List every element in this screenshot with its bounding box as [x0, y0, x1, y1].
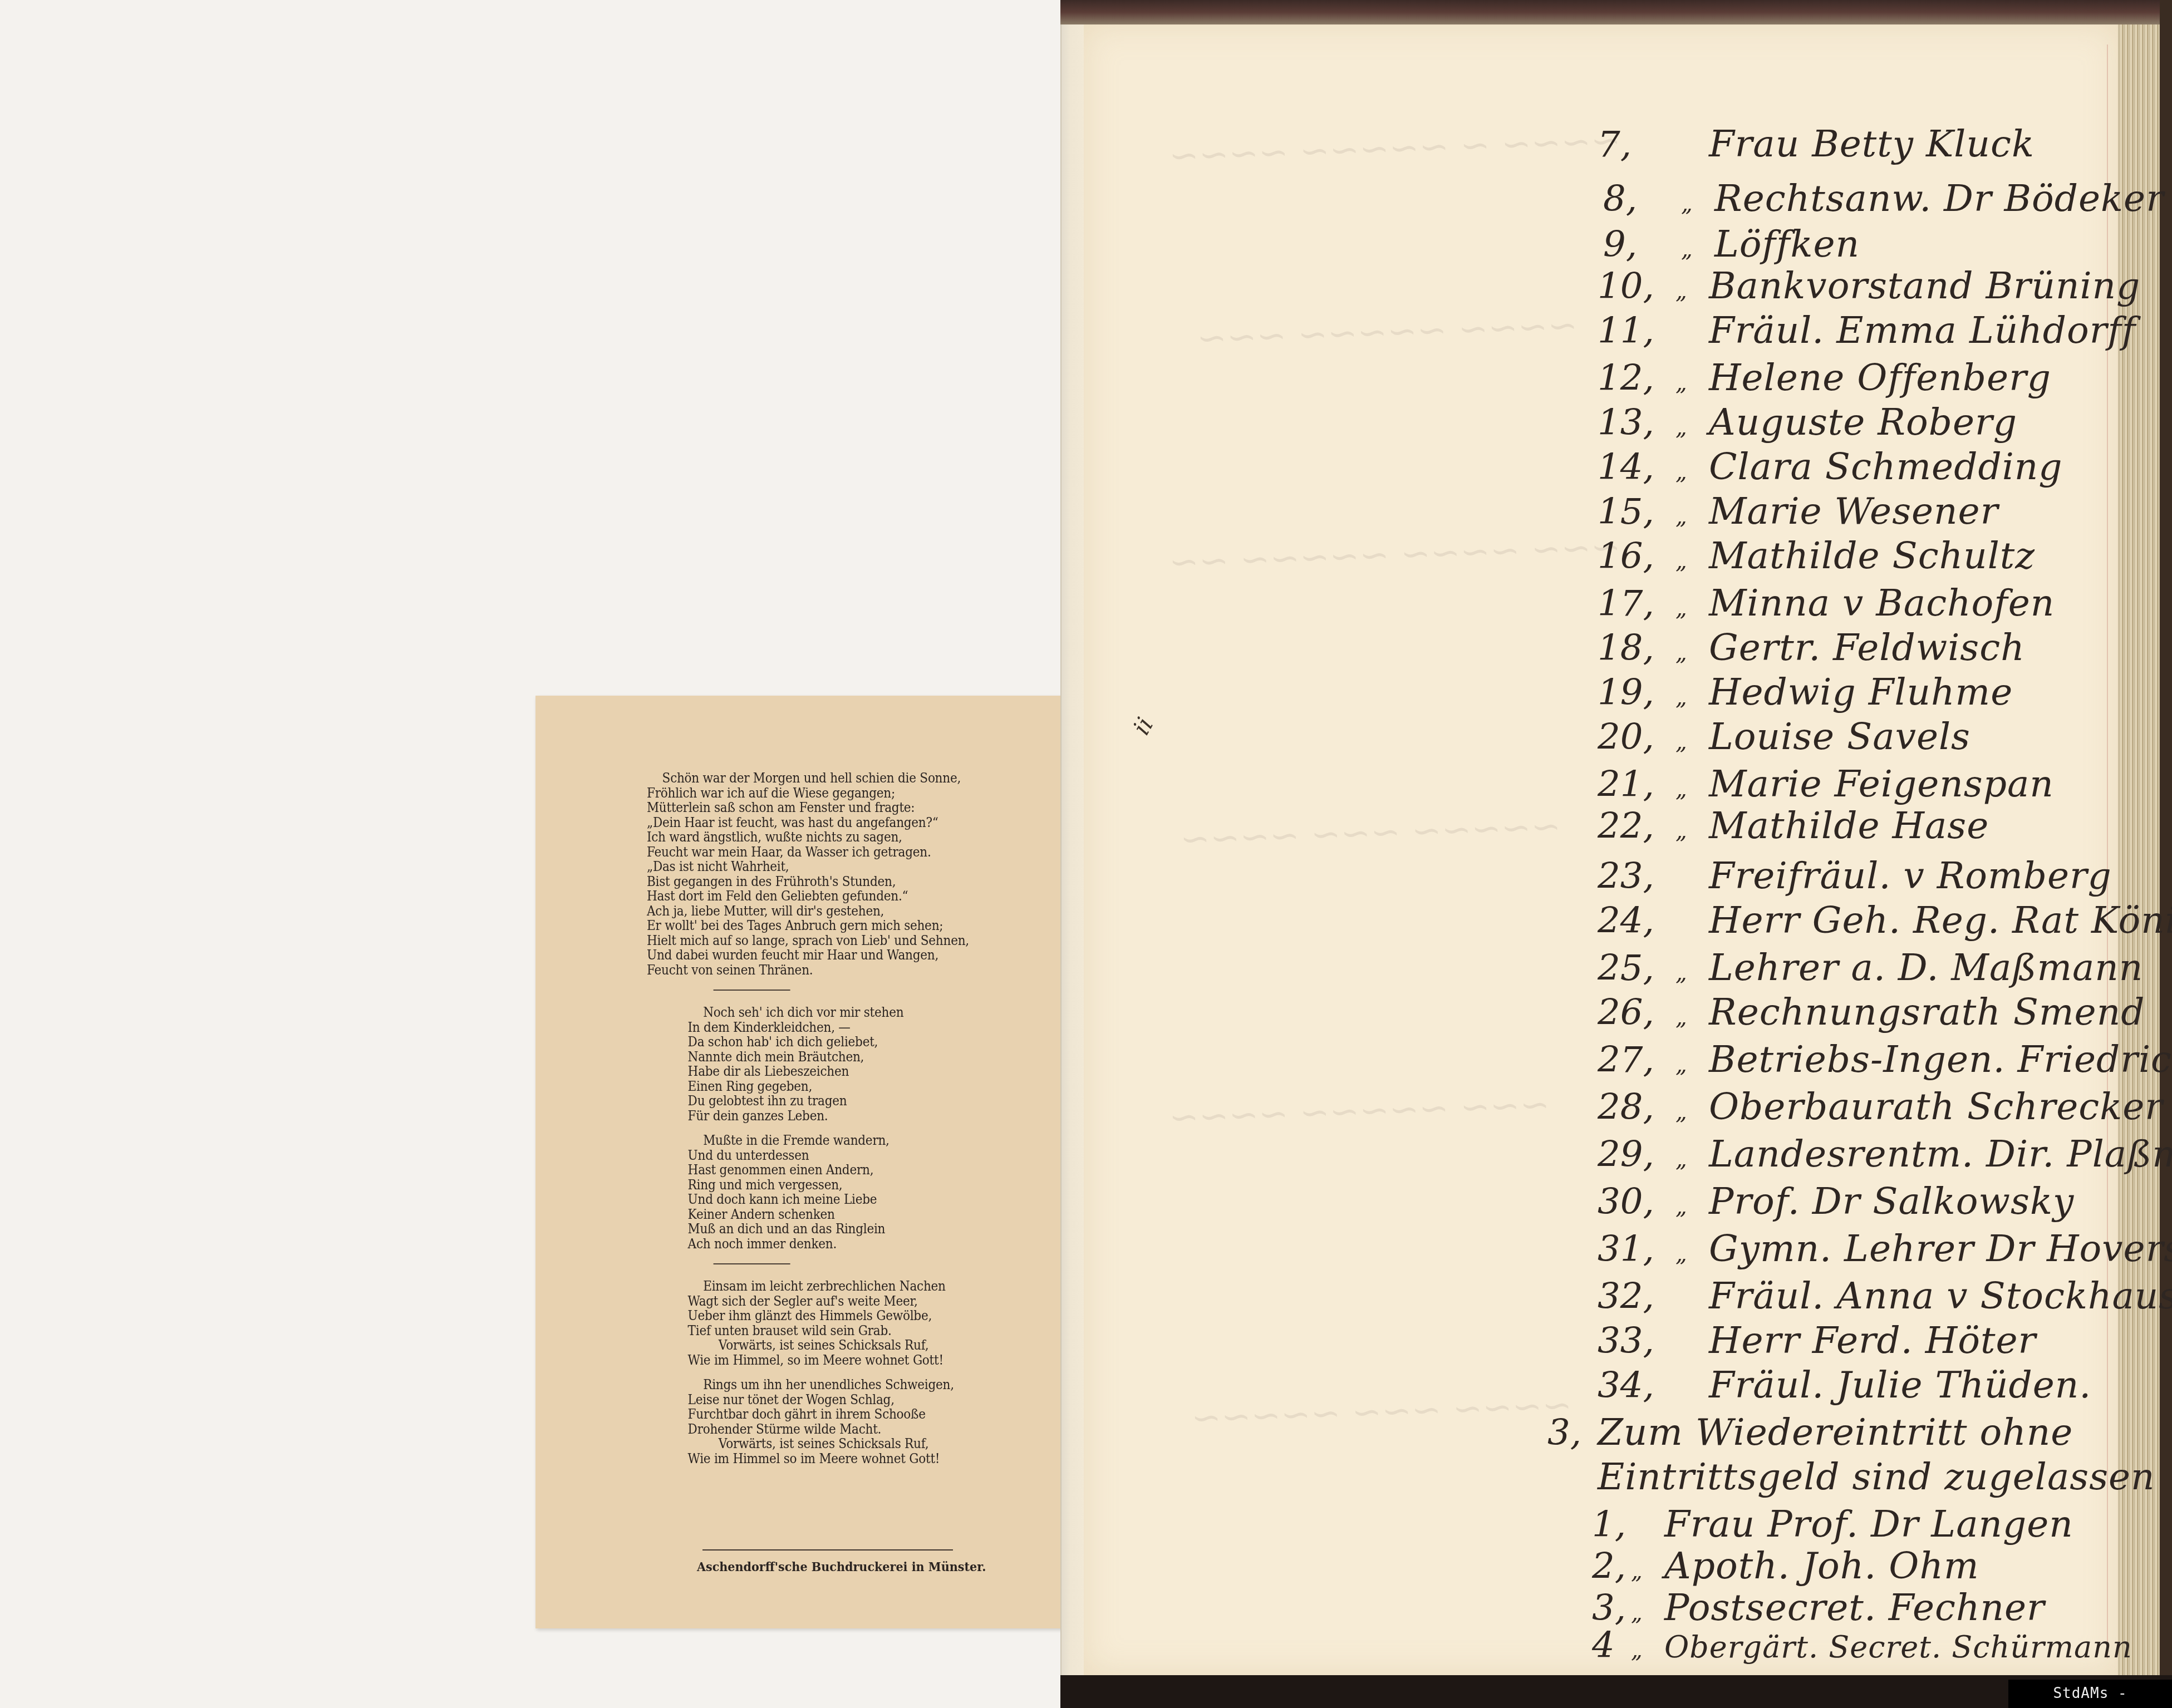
entry-number: 2, [1592, 1546, 1631, 1587]
entry-name: Auguste Roberg [1709, 401, 2017, 444]
entry-name: Marie Feigenspan [1709, 762, 2054, 805]
ditto-mark: „ [1675, 685, 1709, 710]
register-entry: 8,„Rechtsanw. Dr Bödeker [1603, 177, 2164, 220]
entry-number: 14, [1598, 447, 1675, 488]
poem-line: In dem Kinderkleidchen, — [688, 1020, 1005, 1035]
entry-number: 8, [1603, 179, 1681, 220]
register-entry: 16,„Mathilde Schultz [1598, 534, 2035, 577]
poem-line: Mußte in die Fremde wandern, [688, 1133, 1005, 1148]
ditto-mark: „ [1675, 1099, 1709, 1125]
poem-line: Habe dir als Liebeszeichen [688, 1064, 1005, 1079]
entry-name: Fräul. Julie Thüden. [1709, 1364, 2091, 1406]
poem-line: Und doch kann ich meine Liebe [688, 1192, 1005, 1207]
section-heading-line-2: Eintrittsgeld sind zugelassen [1598, 1455, 2155, 1498]
entry-name: Gymn. Lehrer Dr Hoverstadt [1709, 1227, 2172, 1270]
poem-line: Muß an dich und an das Ringlein [688, 1222, 1005, 1237]
register-entry: 32,Fräul. Anna v Stockhausen [1598, 1274, 2172, 1317]
entry-number: 28, [1598, 1087, 1675, 1128]
entry-number: 24, [1598, 900, 1675, 942]
entry-number: 34, [1598, 1365, 1675, 1406]
entry-number: 13, [1598, 402, 1675, 444]
entry-name: Clara Schmedding [1709, 445, 2063, 488]
ditto-mark: „ [1675, 278, 1709, 304]
section-heading-line-1: Zum Wiedereintritt ohne [1598, 1411, 2073, 1454]
entry-name: Rechtsanw. Dr Bödeker [1714, 177, 2164, 220]
entry-number: 12, [1598, 358, 1675, 399]
poem-line: Feucht von seinen Thränen. [647, 963, 1005, 978]
poem-line: Keiner Andern schenken [688, 1207, 1005, 1222]
poem-line: Ich ward ängstlich, wußte nichts zu sage… [647, 830, 1005, 845]
poem-line: Und dabei wurden feucht mir Haar und Wan… [647, 948, 1005, 963]
entry-name: Mathilde Schultz [1709, 534, 2035, 577]
entry-name: Helene Offenberg [1709, 356, 2051, 399]
book-binding-bottom [1060, 1675, 2172, 1708]
entry-name: Freifräul. v Romberg [1709, 854, 2112, 897]
register-entry: 3,„Postsecret. Fechner [1592, 1586, 2045, 1629]
register-entry: 2,„Apoth. Joh. Ohm [1592, 1544, 1979, 1587]
register-entry: 26,„Rechnungsrath Smend [1598, 991, 2145, 1033]
entry-number: 1, [1592, 1504, 1631, 1545]
ditto-mark: „ [1631, 1637, 1664, 1663]
stanza-2: Noch seh' ich dich vor mir stehen In dem… [647, 1005, 1005, 1123]
poem-line: Drohender Stürme wilde Macht. [688, 1422, 1005, 1437]
register-entry: 4„Obergärt. Secret. Schürmann [1592, 1625, 2132, 1666]
entry-number: 33, [1598, 1321, 1675, 1362]
entry-number: 26, [1598, 992, 1675, 1033]
poem-line: Er wollt' bei des Tages Anbruch gern mic… [647, 918, 1005, 933]
entry-number: 10, [1598, 266, 1675, 307]
entry-name: Gertr. Feldwisch [1709, 626, 2025, 669]
entry-name: Postsecret. Fechner [1664, 1586, 2045, 1629]
register-entry: 15,„Marie Wesener [1598, 490, 1998, 533]
register-entry: 12,„Helene Offenberg [1598, 356, 2051, 399]
poem-line: Einsam im leicht zerbrechlichen Nachen [688, 1279, 1005, 1294]
ditto-mark: „ [1675, 1241, 1709, 1267]
poem-line: Mütterlein saß schon am Fenster und frag… [647, 800, 1005, 815]
stanza-3: Mußte in die Fremde wandern, Und du unte… [647, 1133, 1005, 1251]
ditto-mark: „ [1675, 1052, 1709, 1077]
ditto-mark: „ [1675, 1005, 1709, 1030]
register-entry: 24,Herr Geh. Reg. Rat König [1598, 899, 2172, 942]
entry-name: Louise Savels [1709, 715, 1970, 758]
book-binding-top [1060, 0, 2172, 24]
poem-line: Da schon hab' ich dich geliebet, [688, 1035, 1005, 1050]
section-heading-continued: Eintrittsgeld sind zugelassen [1598, 1455, 2155, 1498]
entry-name: Marie Wesener [1709, 490, 1998, 533]
ditto-mark: „ [1631, 1600, 1664, 1626]
ditto-mark: „ [1675, 1194, 1709, 1219]
stanza-4: Einsam im leicht zerbrechlichen Nachen W… [647, 1279, 1005, 1367]
register-entry: 13,„Auguste Roberg [1598, 401, 2017, 444]
register-entry: 18,„Gertr. Feldwisch [1598, 626, 2025, 669]
printer-imprint: Aschendorff'sche Buchdruckerei in Münste… [697, 1559, 986, 1574]
entry-name: Obergärt. Secret. Schürmann [1664, 1630, 2132, 1665]
stanza-5: Rings um ihn her unendliches Schweigen, … [647, 1377, 1005, 1466]
register-entry: 28,„Oberbaurath Schrecker [1598, 1085, 2163, 1128]
poem-line: Tief unten brauset wild sein Grab. [688, 1323, 1005, 1338]
register-entry: 1,Frau Prof. Dr Langen [1592, 1503, 2073, 1545]
entry-name: Löffken [1714, 223, 1860, 265]
entry-name: Hedwig Fluhme [1709, 671, 2013, 713]
poem-line: „Das ist nicht Wahrheit, [647, 859, 1005, 874]
entry-number: 31, [1598, 1229, 1675, 1270]
register-entry: 33,Herr Ferd. Höter [1598, 1319, 2036, 1362]
section-divider [714, 1263, 790, 1264]
register-entry: 17,„Minna v Bachofen [1598, 582, 2055, 624]
ditto-mark: „ [1675, 960, 1709, 986]
entry-name: Frau Prof. Dr Langen [1664, 1503, 2073, 1545]
poem-line: Hast dort im Feld den Geliebten gefunden… [647, 889, 1005, 904]
entry-number: 27, [1598, 1040, 1675, 1081]
register-entry: 9,„Löffken [1603, 223, 1860, 265]
ditto-mark: „ [1681, 191, 1714, 216]
book-binding-right [2160, 0, 2172, 1708]
poem-refrain: Vorwärts, ist seines Schicksals Ruf, [688, 1338, 1005, 1353]
ditto-mark: „ [1675, 1146, 1709, 1172]
section-divider [714, 990, 790, 991]
poem-line: Ueber ihm glänzt des Himmels Gewölbe, [688, 1308, 1005, 1323]
poem-line: Für dein ganzes Leben. [688, 1109, 1005, 1124]
poem-text: Schön war der Morgen und hell schien die… [647, 771, 1005, 1466]
entry-number: 25, [1598, 948, 1675, 989]
entry-name: Apoth. Joh. Ohm [1664, 1544, 1979, 1587]
ditto-mark: „ [1675, 548, 1709, 574]
entry-name: Herr Ferd. Höter [1709, 1319, 2036, 1362]
poem-line: Rings um ihn her unendliches Schweigen, [688, 1377, 1005, 1392]
entry-name: Herr Geh. Reg. Rat König [1709, 899, 2172, 942]
register-entry: 20,„Louise Savels [1598, 715, 1970, 758]
book-gutter [1060, 0, 1085, 1708]
entry-number: 3, [1592, 1588, 1631, 1629]
poem-line: Ring und mich vergessen, [688, 1178, 1005, 1193]
ditto-mark: „ [1675, 459, 1709, 485]
entry-number: 15, [1598, 491, 1675, 533]
register-entry: 22,„Mathilde Hase [1598, 804, 1989, 847]
poem-line: „Dein Haar ist feucht, was hast du angef… [647, 815, 1005, 830]
ditto-mark: „ [1675, 504, 1709, 529]
register-entry: 27,„Betriebs-Ingen. Friedrichsen [1598, 1038, 2172, 1081]
register-entry: 14,„Clara Schmedding [1598, 445, 2063, 488]
section-heading: 3,Zum Wiedereintritt ohne [1547, 1411, 2073, 1454]
register-entry: 30,„Prof. Dr Salkowsky [1598, 1180, 2074, 1223]
ditto-mark: „ [1675, 818, 1709, 844]
register-entry: 7,Frau Betty Kluck [1598, 122, 2035, 165]
entry-name: Frau Betty Kluck [1709, 122, 2035, 165]
ditto-mark: „ [1681, 237, 1714, 262]
register-entry: 25,„Lehrer a. D. Maßmann [1598, 946, 2143, 989]
poem-line: Ach noch immer denken. [688, 1237, 1005, 1252]
poem-line: Schön war der Morgen und hell schien die… [647, 771, 1005, 786]
register-entry: 21,„Marie Feigenspan [1598, 762, 2054, 805]
register-entry: 11,Fräul. Emma Lühdorff [1598, 309, 2136, 352]
poem-line: Furchtbar doch gährt in ihrem Schooße [688, 1407, 1005, 1422]
poem-refrain: Vorwärts, ist seines Schicksals Ruf, [688, 1436, 1005, 1451]
entry-number: 11, [1598, 311, 1675, 352]
entry-name: Bankvorstand Brüning [1709, 264, 2140, 307]
register-entry: 10,„Bankvorstand Brüning [1598, 264, 2140, 307]
poem-line: Hielt mich auf so lange, sprach von Lieb… [647, 933, 1005, 948]
poem-line: Feucht war mein Haar, da Wasser ich getr… [647, 845, 1005, 860]
entry-name: Prof. Dr Salkowsky [1709, 1180, 2074, 1223]
imprint-divider [702, 1549, 953, 1551]
entry-number: 30, [1598, 1182, 1675, 1223]
poem-line: Wagt sich der Segler auf's weite Meer, [688, 1294, 1005, 1309]
ditto-mark: „ [1675, 415, 1709, 440]
poem-line: Einen Ring gegeben, [688, 1079, 1005, 1094]
entry-number: 19, [1598, 672, 1675, 713]
entry-number: 20, [1598, 717, 1675, 758]
register-entry: 29,„Landesrentm. Dir. Plaßmann [1598, 1133, 2172, 1175]
entry-number: 7, [1598, 124, 1675, 165]
entry-number: 29, [1598, 1134, 1675, 1175]
ditto-mark: „ [1675, 370, 1709, 396]
entry-name: Mathilde Hase [1709, 804, 1989, 847]
stanza-1: Schön war der Morgen und hell schien die… [647, 771, 1005, 977]
register-entry: 19,„Hedwig Fluhme [1598, 671, 2013, 713]
entry-number: 22, [1598, 806, 1675, 847]
entry-number: 17, [1598, 583, 1675, 624]
entry-name: Landesrentm. Dir. Plaßmann [1709, 1133, 2172, 1175]
section-number: 3, [1547, 1412, 1598, 1454]
poem-line: Und du unterdessen [688, 1148, 1005, 1163]
register-entry: 34,Fräul. Julie Thüden. [1598, 1364, 2091, 1406]
printed-leaflet-insert: Schön war der Morgen und hell schien die… [535, 696, 1081, 1628]
entry-name: Rechnungsrath Smend [1709, 991, 2145, 1033]
poem-line: Hast genommen einen Andern, [688, 1163, 1005, 1178]
entry-number: 16, [1598, 536, 1675, 577]
poem-line: Du gelobtest ihn zu tragen [688, 1094, 1005, 1109]
register-entry: 23,Freifräul. v Romberg [1598, 854, 2112, 897]
entry-number: 4 [1592, 1625, 1631, 1666]
ditto-mark: „ [1675, 776, 1709, 802]
ditto-mark: „ [1675, 729, 1709, 755]
entry-name: Fräul. Emma Lühdorff [1709, 309, 2136, 352]
entry-number: 23, [1598, 856, 1675, 897]
poem-refrain: Wie im Himmel, so im Meere wohnet Gott! [688, 1353, 1005, 1368]
entry-name: Betriebs-Ingen. Friedrichsen [1709, 1038, 2172, 1081]
entry-number: 21, [1598, 764, 1675, 805]
entry-number: 18, [1598, 628, 1675, 669]
entry-name: Fräul. Anna v Stockhausen [1709, 1274, 2172, 1317]
archive-watermark: StdAMs - MV_003_106 [2008, 1680, 2172, 1708]
register-entry: 31,„Gymn. Lehrer Dr Hoverstadt [1598, 1227, 2172, 1270]
entry-number: 9, [1603, 224, 1681, 265]
poem-refrain: Wie im Himmel so im Meere wohnet Gott! [688, 1451, 1005, 1466]
poem-line: Fröhlich war ich auf die Wiese gegangen; [647, 786, 1005, 801]
poem-line: Leise nur tönet der Wogen Schlag, [688, 1392, 1005, 1407]
ditto-mark: „ [1675, 595, 1709, 621]
poem-line: Bist gegangen in des Frühroth's Stunden, [647, 874, 1005, 889]
entry-name: Lehrer a. D. Maßmann [1709, 946, 2143, 989]
entry-name: Minna v Bachofen [1709, 582, 2055, 624]
poem-line: Noch seh' ich dich vor mir stehen [688, 1005, 1005, 1020]
entry-number: 32, [1598, 1276, 1675, 1317]
entry-name: Oberbaurath Schrecker [1709, 1085, 2163, 1128]
poem-line: Nannte dich mein Bräutchen, [688, 1050, 1005, 1065]
ditto-mark: „ [1631, 1558, 1664, 1584]
ditto-mark: „ [1675, 640, 1709, 666]
poem-line: Ach ja, liebe Mutter, will dir's gestehe… [647, 904, 1005, 919]
